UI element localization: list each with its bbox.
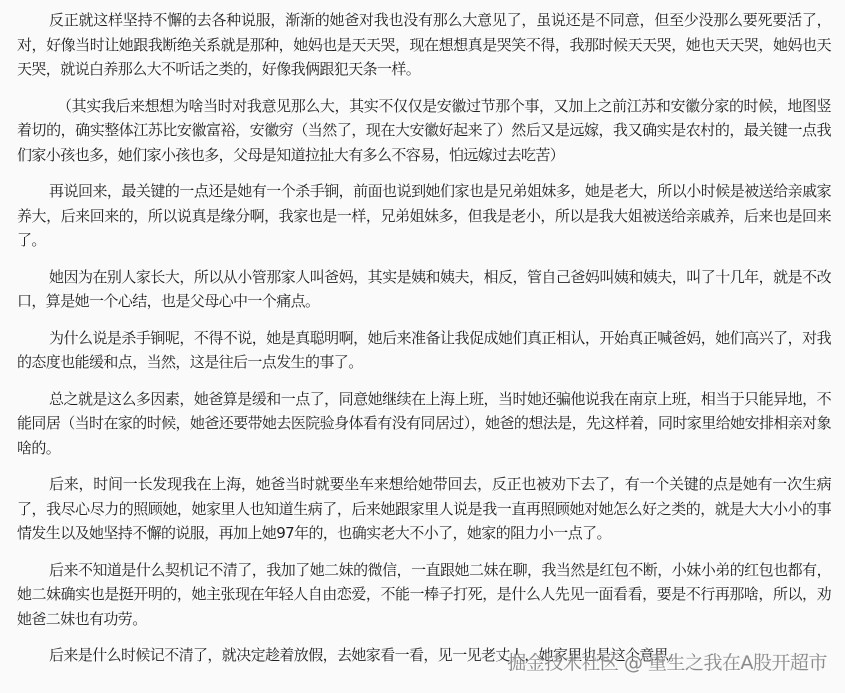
watermark: 掘金技术社区 @ 重生之我在A股开超市 <box>507 651 827 676</box>
paragraph: 后来，时间一长发现我在上海，她爸当时就要坐车来想给她带回去，反正也被劝下去了，有… <box>17 472 831 546</box>
paragraph: 她因为在别人家长大，所以从小管那家人叫爸妈，其实是姨和姨夫，相反，管自己爸妈叫姨… <box>17 265 831 314</box>
paragraph: 总之就是这么多因素，她爸算是缓和一点了，同意她继续在上海上班，当时她还骗他说我在… <box>17 387 831 461</box>
paragraph: 后来不知道是什么契机记不清了，我加了她二妹的微信，一直跟她二妹在聊，我当然是红包… <box>17 558 831 632</box>
paragraph: （其实我后来想想为啥当时对我意见那么大，其实不仅仅是安徽过节那个事，又加上之前江… <box>17 94 831 168</box>
paragraph: 为什么说是杀手锏呢，不得不说，她是真聪明啊，她后来准备让我促成她们真正相认，开始… <box>17 326 831 375</box>
paragraph: 反正就这样坚持不懈的去各种说服，渐渐的她爸对我也没有那么大意见了，虽说还是不同意… <box>17 8 831 82</box>
article-body: 反正就这样坚持不懈的去各种说服，渐渐的她爸对我也没有那么大意见了，虽说还是不同意… <box>0 0 845 693</box>
paragraph: 再说回来，最关键的一点还是她有一个杀手锏，前面也说到她们家也是兄弟姐妹多，她是老… <box>17 179 831 253</box>
